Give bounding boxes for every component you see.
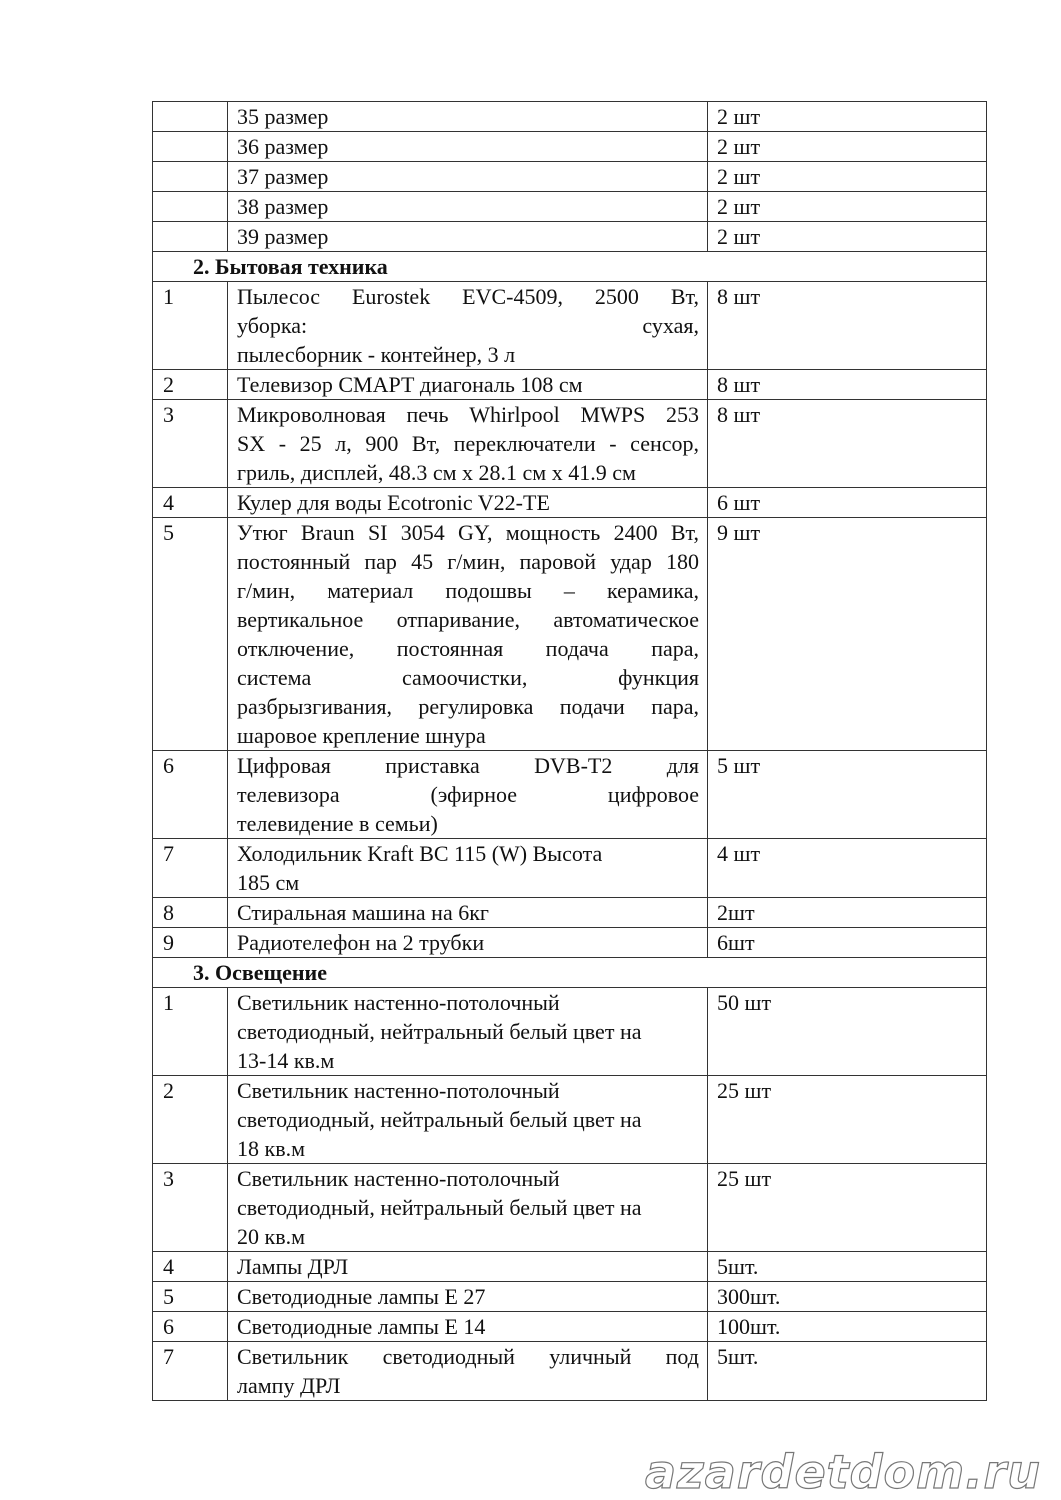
description-line: 38 размер <box>237 192 699 221</box>
table-row: 1Светильник настенно-потолочныйсветодиод… <box>153 988 987 1076</box>
table-row: 35 размер2 шт <box>153 102 987 132</box>
section-title: 3. Освещение <box>153 958 987 988</box>
description-line: Светодиодные лампы Е 14 <box>237 1312 699 1341</box>
watermark: azardetdom.ru <box>645 1445 1041 1499</box>
item-quantity: 5шт. <box>708 1252 987 1282</box>
description-line: 35 размер <box>237 102 699 131</box>
description-line: постоянный пар 45 г/мин, паровой удар 18… <box>237 547 699 576</box>
table-row: 7Холодильник Kraft BC 115 (W) Высота185 … <box>153 839 987 898</box>
item-number: 6 <box>153 751 228 839</box>
description-line: Пылесос Eurostek EVC-4509, 2500 Вт, <box>237 282 699 311</box>
description-line: Холодильник Kraft BC 115 (W) Высота <box>237 839 699 868</box>
table-body: 35 размер2 шт36 размер2 шт37 размер2 шт3… <box>153 102 987 1401</box>
description-line: светодиодный, нейтральный белый цвет на <box>237 1017 699 1046</box>
description-line: Светильник настенно-потолочный <box>237 1164 699 1193</box>
description-line: светодиодный, нейтральный белый цвет на <box>237 1193 699 1222</box>
item-number: 5 <box>153 518 228 751</box>
item-quantity: 5 шт <box>708 751 987 839</box>
item-number: 9 <box>153 928 228 958</box>
item-description: Микроволновая печь Whirlpool MWPS 253SX … <box>228 400 708 488</box>
item-description: Цифровая приставка DVB-T2 длятелевизора … <box>228 751 708 839</box>
description-line: Кулер для воды Ecotronic V22-TE <box>237 488 699 517</box>
description-line: Светодиодные лампы Е 27 <box>237 1282 699 1311</box>
item-quantity: 300шт. <box>708 1282 987 1312</box>
item-number: 3 <box>153 400 228 488</box>
item-quantity: 100шт. <box>708 1312 987 1342</box>
description-line: система самоочистки, функция <box>237 663 699 692</box>
table-row: 8Стиральная машина на 6кг2шт <box>153 898 987 928</box>
section-header-row: 3. Освещение <box>153 958 987 988</box>
description-line: Лампы ДРЛ <box>237 1252 699 1281</box>
item-number: 2 <box>153 1076 228 1164</box>
description-line: Радиотелефон на 2 трубки <box>237 928 699 957</box>
item-quantity: 8 шт <box>708 370 987 400</box>
item-number: 6 <box>153 1312 228 1342</box>
table-row: 3Микроволновая печь Whirlpool MWPS 253SX… <box>153 400 987 488</box>
item-description: 37 размер <box>228 162 708 192</box>
description-line: Светильник настенно-потолочный <box>237 1076 699 1105</box>
item-quantity: 2 шт <box>708 162 987 192</box>
item-quantity: 25 шт <box>708 1076 987 1164</box>
item-quantity: 2шт <box>708 898 987 928</box>
item-number <box>153 102 228 132</box>
item-number <box>153 162 228 192</box>
item-number: 7 <box>153 1342 228 1401</box>
item-number: 4 <box>153 1252 228 1282</box>
item-number <box>153 132 228 162</box>
item-quantity: 9 шт <box>708 518 987 751</box>
item-number: 7 <box>153 839 228 898</box>
description-line: шаровое крепление шнура <box>237 721 699 750</box>
item-number: 1 <box>153 988 228 1076</box>
item-description: 38 размер <box>228 192 708 222</box>
table-row: 6Цифровая приставка DVB-T2 длятелевизора… <box>153 751 987 839</box>
table-row: 5Светодиодные лампы Е 27300шт. <box>153 1282 987 1312</box>
item-quantity: 2 шт <box>708 192 987 222</box>
item-quantity: 2 шт <box>708 132 987 162</box>
item-description: Светильник светодиодный уличный подлампу… <box>228 1342 708 1401</box>
item-number <box>153 192 228 222</box>
description-line: лампу ДРЛ <box>237 1371 699 1400</box>
item-quantity: 4 шт <box>708 839 987 898</box>
table-row: 38 размер2 шт <box>153 192 987 222</box>
table-row: 1Пылесос Eurostek EVC-4509, 2500 Вт,убор… <box>153 282 987 370</box>
item-description: Светодиодные лампы Е 14 <box>228 1312 708 1342</box>
item-quantity: 8 шт <box>708 282 987 370</box>
description-line: 185 см <box>237 868 699 897</box>
item-description: Светильник настенно-потолочныйсветодиодн… <box>228 1164 708 1252</box>
table-row: 4Кулер для воды Ecotronic V22-TE6 шт <box>153 488 987 518</box>
description-line: гриль, дисплей, 48.3 см x 28.1 см x 41.9… <box>237 458 699 487</box>
item-description: Светильник настенно-потолочныйсветодиодн… <box>228 988 708 1076</box>
table-row: 5Утюг Braun SI 3054 GY, мощность 2400 Вт… <box>153 518 987 751</box>
item-description: Кулер для воды Ecotronic V22-TE <box>228 488 708 518</box>
table-row: 36 размер2 шт <box>153 132 987 162</box>
description-line: отключение, постоянная подача пара, <box>237 634 699 663</box>
item-quantity: 2 шт <box>708 222 987 252</box>
item-quantity: 5шт. <box>708 1342 987 1401</box>
description-line: 18 кв.м <box>237 1134 699 1163</box>
item-number: 3 <box>153 1164 228 1252</box>
item-description: Телевизор СМАРТ диагональ 108 см <box>228 370 708 400</box>
description-line: Утюг Braun SI 3054 GY, мощность 2400 Вт, <box>237 518 699 547</box>
description-line: 20 кв.м <box>237 1222 699 1251</box>
description-line: Светильник настенно-потолочный <box>237 988 699 1017</box>
description-line: Светильник светодиодный уличный под <box>237 1342 699 1371</box>
description-line: SX - 25 л, 900 Вт, переключатели - сенсо… <box>237 429 699 458</box>
item-description: Холодильник Kraft BC 115 (W) Высота185 с… <box>228 839 708 898</box>
description-line: Цифровая приставка DVB-T2 для <box>237 751 699 780</box>
item-quantity: 6 шт <box>708 488 987 518</box>
description-line: Стиральная машина на 6кг <box>237 898 699 927</box>
item-description: 39 размер <box>228 222 708 252</box>
table-row: 37 размер2 шт <box>153 162 987 192</box>
item-number: 4 <box>153 488 228 518</box>
description-line: светодиодный, нейтральный белый цвет на <box>237 1105 699 1134</box>
item-description: Светильник настенно-потолочныйсветодиодн… <box>228 1076 708 1164</box>
item-description: Пылесос Eurostek EVC-4509, 2500 Вт,уборк… <box>228 282 708 370</box>
table-row: 6Светодиодные лампы Е 14100шт. <box>153 1312 987 1342</box>
table-row: 9Радиотелефон на 2 трубки6шт <box>153 928 987 958</box>
description-line: Микроволновая печь Whirlpool MWPS 253 <box>237 400 699 429</box>
item-description: 35 размер <box>228 102 708 132</box>
item-description: Стиральная машина на 6кг <box>228 898 708 928</box>
table-row: 7Светильник светодиодный уличный подламп… <box>153 1342 987 1401</box>
item-quantity: 25 шт <box>708 1164 987 1252</box>
item-number: 1 <box>153 282 228 370</box>
item-description: Утюг Braun SI 3054 GY, мощность 2400 Вт,… <box>228 518 708 751</box>
item-description: 36 размер <box>228 132 708 162</box>
equipment-table: 35 размер2 шт36 размер2 шт37 размер2 шт3… <box>152 101 987 1401</box>
table-row: 2Светильник настенно-потолочныйсветодиод… <box>153 1076 987 1164</box>
item-number: 2 <box>153 370 228 400</box>
item-description: Лампы ДРЛ <box>228 1252 708 1282</box>
description-line: разбрызгивания, регулировка подачи пара, <box>237 692 699 721</box>
description-line: вертикальное отпаривание, автоматическое <box>237 605 699 634</box>
item-number: 5 <box>153 1282 228 1312</box>
description-line: г/мин, материал подошвы – керамика, <box>237 576 699 605</box>
item-quantity: 6шт <box>708 928 987 958</box>
item-quantity: 50 шт <box>708 988 987 1076</box>
table-row: 39 размер2 шт <box>153 222 987 252</box>
description-line: пылесборник - контейнер, 3 л <box>237 340 699 369</box>
item-description: Радиотелефон на 2 трубки <box>228 928 708 958</box>
table-row: 2Телевизор СМАРТ диагональ 108 см8 шт <box>153 370 987 400</box>
item-quantity: 2 шт <box>708 102 987 132</box>
table-row: 3Светильник настенно-потолочныйсветодиод… <box>153 1164 987 1252</box>
description-line: Телевизор СМАРТ диагональ 108 см <box>237 370 699 399</box>
section-title: 2. Бытовая техника <box>153 252 987 282</box>
item-quantity: 8 шт <box>708 400 987 488</box>
item-description: Светодиодные лампы Е 27 <box>228 1282 708 1312</box>
description-line: 37 размер <box>237 162 699 191</box>
item-number: 8 <box>153 898 228 928</box>
description-line: телевидение в семьи) <box>237 809 699 838</box>
description-line: 36 размер <box>237 132 699 161</box>
description-line: уборка: сухая, <box>237 311 699 340</box>
section-header-row: 2. Бытовая техника <box>153 252 987 282</box>
item-number <box>153 222 228 252</box>
description-line: 39 размер <box>237 222 699 251</box>
description-line: телевизора (эфирное цифровое <box>237 780 699 809</box>
description-line: 13-14 кв.м <box>237 1046 699 1075</box>
table-row: 4Лампы ДРЛ5шт. <box>153 1252 987 1282</box>
